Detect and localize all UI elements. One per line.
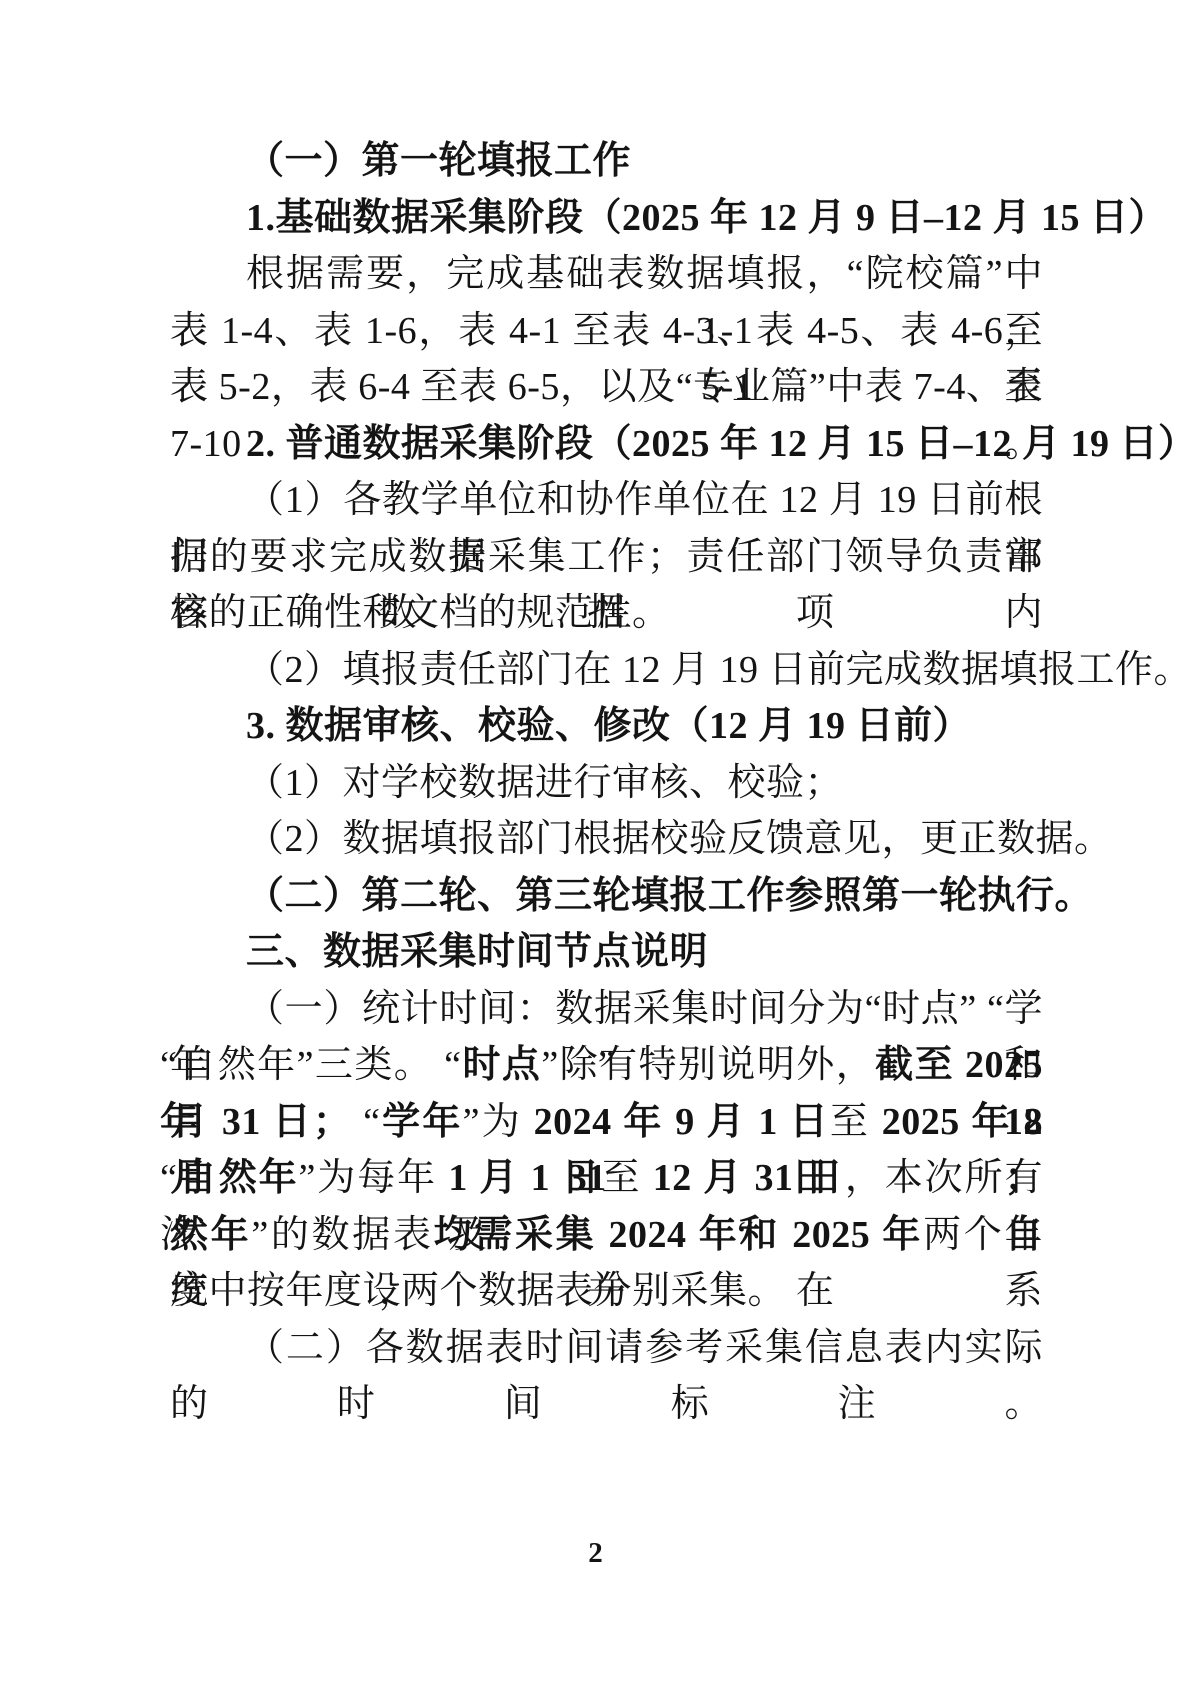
text-line: （一）第一轮填报工作 bbox=[170, 133, 1043, 190]
text-line: 1.基础数据采集阶段（2025 年 12 月 9 日–12 月 15 日） bbox=[170, 190, 1043, 247]
text-segment: 2. 普通数据采集阶段（2025 年 12 月 15 日–12 月 19 日） bbox=[246, 423, 1191, 465]
text-segment: 12 月 31 日 bbox=[641, 1157, 844, 1199]
text-line: （二）各数据表时间请参考采集信息表内实际的时间标注。 bbox=[170, 1320, 1043, 1377]
page-number: 2 bbox=[588, 1537, 603, 1569]
text-segment: 至 bbox=[601, 1157, 641, 1199]
text-line: 表 1-4、表 1-6，表 4-1 至表 4-3、表 4-5、表 4-6，表 5… bbox=[170, 303, 1043, 360]
text-line: 三、数据采集时间节点说明 bbox=[170, 924, 1043, 981]
text-segment: （二）第二轮、第三轮填报工作参照第一轮执行。 bbox=[246, 875, 1093, 917]
text-segment: 均需采集 2024 年和 2025 年 bbox=[434, 1214, 923, 1256]
text-segment: （二）各数据表时间请参考采集信息表内实际的时间标注。 bbox=[170, 1327, 1043, 1426]
text-line: 表 5-2，表 6-4 至表 6-5，以及“专业篇”中表 7-4、表 7-10。 bbox=[170, 359, 1043, 416]
text-line: 2. 普通数据采集阶段（2025 年 12 月 15 日–12 月 19 日） bbox=[170, 416, 1043, 473]
text-segment: 3. 数据审核、校验、修改（12 月 19 日前） bbox=[246, 705, 971, 747]
text-segment: 1.基础数据采集阶段（2025 年 12 月 9 日–12 月 15 日） bbox=[246, 197, 1167, 239]
text-segment: “ bbox=[351, 1101, 380, 1143]
text-line: （一）统计时间：数据采集时间分为“时点” “学年”和 bbox=[170, 981, 1043, 1038]
text-line: （2）数据填报部门根据校验反馈意见，更正数据。 bbox=[170, 811, 1043, 868]
text-segment: 月 31 日； bbox=[170, 1101, 351, 1143]
text-segment: 容的正确性和文档的规范性。 bbox=[170, 592, 671, 634]
document-page: （一）第一轮填报工作1.基础数据采集阶段（2025 年 12 月 9 日–12 … bbox=[0, 0, 1191, 1684]
text-segment: （2）数据填报部门根据校验反馈意见，更正数据。 bbox=[246, 818, 1113, 860]
text-segment: （一）第一轮填报工作 bbox=[246, 140, 631, 182]
text-segment: 至 bbox=[830, 1101, 870, 1143]
text-line: 月 31 日； “学年”为 2024 年 9 月 1 日至 2025 年 8 月… bbox=[170, 1094, 1043, 1151]
text-segment: 三、数据采集时间节点说明 bbox=[246, 931, 708, 973]
text-line: 3. 数据审核、校验、修改（12 月 19 日前） bbox=[170, 698, 1043, 755]
text-segment: 1 月 1 日 bbox=[448, 1157, 601, 1199]
text-segment: ”为每年 bbox=[299, 1157, 449, 1199]
text-segment: 自然年 bbox=[177, 1157, 298, 1199]
text-segment: ”的数据表 bbox=[251, 1214, 433, 1256]
text-segment: ”为 bbox=[463, 1101, 534, 1143]
text-line: （二）第二轮、第三轮填报工作参照第一轮执行。 bbox=[170, 868, 1043, 925]
text-line: 门的要求完成数据采集工作；责任部门领导负责审核数据项内 bbox=[170, 529, 1043, 586]
text-line: “自然年”为每年 1 月 1 日至 12 月 31 日，本次所有涉及“自 bbox=[160, 1150, 1043, 1207]
text-segment: （1）对学校数据进行审核、校验； bbox=[246, 762, 843, 804]
text-line: 然年”的数据表均需采集 2024 年和 2025 年两个年度，并在系 bbox=[170, 1207, 1043, 1264]
text-segment: 时点 bbox=[462, 1044, 542, 1086]
text-line: “自然年”三类。 “时点”除有特别说明外，截至 2025 年 12 bbox=[160, 1037, 1043, 1094]
document-body: （一）第一轮填报工作1.基础数据采集阶段（2025 年 12 月 9 日–12 … bbox=[170, 133, 1043, 1376]
text-line: 根据需要，完成基础表数据填报，“院校篇”中表 1-1 至 bbox=[170, 246, 1043, 303]
text-segment: ”除有特别说明外， bbox=[541, 1044, 875, 1086]
text-segment: 统中按年度设两个数据表分别采集。 bbox=[170, 1270, 786, 1312]
text-segment: 2024 年 9 月 1 日 bbox=[534, 1101, 830, 1143]
text-line: （1）对学校数据进行审核、校验； bbox=[170, 755, 1043, 812]
text-segment: 学年 bbox=[380, 1101, 462, 1143]
text-line: （1）各教学单位和协作单位在 12 月 19 日前根据责任部 bbox=[170, 472, 1043, 529]
text-line: （2）填报责任部门在 12 月 19 日前完成数据填报工作。 bbox=[170, 642, 1043, 699]
text-segment: “ bbox=[160, 1157, 177, 1199]
text-segment: “自然年”三类。 “ bbox=[160, 1044, 462, 1086]
page-footer: 2 bbox=[0, 1537, 1191, 1570]
text-segment: （2）填报责任部门在 12 月 19 日前完成数据填报工作。 bbox=[246, 649, 1191, 691]
text-segment: 然年 bbox=[170, 1214, 251, 1256]
